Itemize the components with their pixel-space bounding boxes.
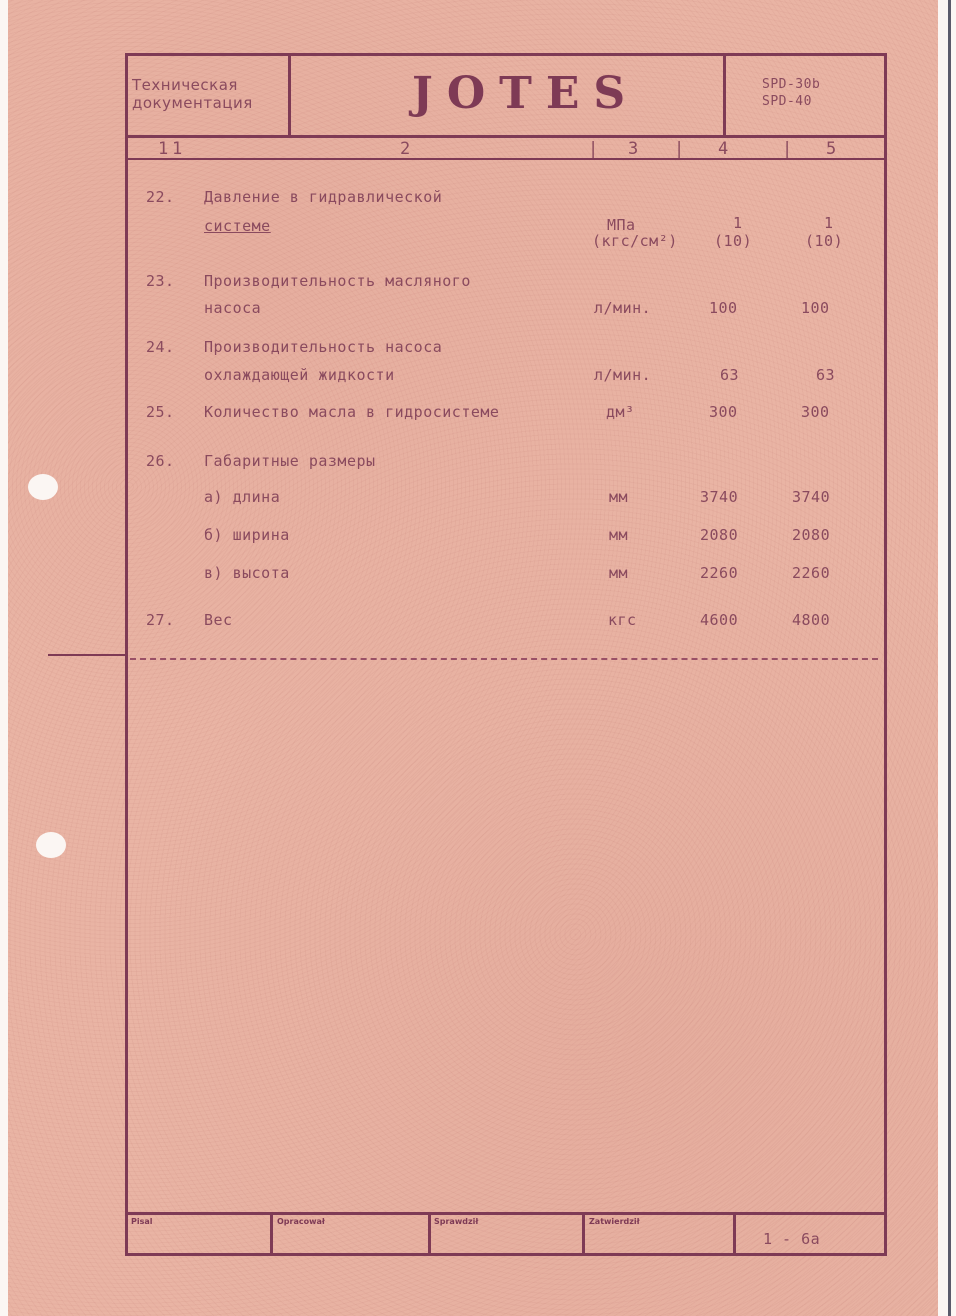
row-label: Количество масла в гидросистеме (204, 403, 499, 421)
row-unit: л/мин. (594, 299, 651, 317)
row-label: Производительность масляного (204, 272, 471, 290)
row-number: 26. (146, 452, 175, 470)
row-value-col4: 2080 (700, 526, 738, 544)
row-unit: мм (609, 526, 628, 544)
footer-divider-2 (428, 1212, 431, 1256)
footer-divider-3 (582, 1212, 585, 1256)
column-number-1: 1 (158, 139, 169, 159)
punch-hole-top (28, 474, 58, 500)
row-value-col5: 100 (801, 299, 830, 317)
dashed-divider (130, 658, 878, 660)
column-separator: | (674, 139, 685, 159)
row-value-col4: 3740 (700, 488, 738, 506)
row-label: Давление в гидравлической (204, 188, 442, 206)
page-margin-strip (938, 0, 944, 1316)
row-number: 22. (146, 188, 175, 206)
row-label: Вес (204, 611, 233, 629)
row-number: 24. (146, 338, 175, 356)
frame-right (884, 53, 887, 1256)
row-label-cont: охлаждающей жидкости (204, 366, 395, 384)
footer-label-zatwierdzil: Zatwierdził (589, 1217, 640, 1226)
column-number-rule (125, 158, 887, 160)
footer-label-sprawdzil: Sprawdził (434, 1217, 478, 1226)
doc-type-label: Техническая документация (132, 76, 253, 112)
column-number-4: 4 (718, 139, 729, 159)
footer-divider-1 (270, 1212, 273, 1256)
footer-label-opracowal: Opracował (277, 1217, 325, 1226)
row-value-col4: 2260 (700, 564, 738, 582)
row-value-col4: 4600 (700, 611, 738, 629)
row-number: 25. (146, 403, 175, 421)
row-label-cont: насоса (204, 299, 261, 317)
row-label: б) ширина (204, 526, 290, 544)
fold-mark (48, 654, 126, 656)
column-number-3: 3 (628, 139, 639, 159)
column-separator: | (588, 139, 599, 159)
brand-logo: JOTES (412, 68, 639, 119)
header-divider-2 (723, 53, 726, 137)
row-value-col5: 63 (816, 366, 835, 384)
model-spd-30b: SPD-30b (762, 76, 820, 93)
header-divider-1 (288, 53, 291, 137)
footer-top-rule (125, 1212, 887, 1215)
row-value-col5: 4800 (792, 611, 830, 629)
column-separator: | (782, 139, 793, 159)
row-value-col4: 1 (733, 214, 743, 232)
row-value-col5: 3740 (792, 488, 830, 506)
row-value-col5: 2080 (792, 526, 830, 544)
row-label: Габаритные размеры (204, 452, 376, 470)
footer-divider-4 (733, 1212, 736, 1256)
column-number-1b: 1 (172, 139, 183, 159)
row-number: 23. (146, 272, 175, 290)
row-unit-alt: (кгс/см²) (592, 232, 678, 250)
row-value-col4-alt: (10) (714, 232, 752, 250)
row-unit: л/мин. (594, 366, 651, 384)
row-value-col4: 63 (720, 366, 739, 384)
row-unit: кгс (608, 611, 637, 629)
row-value-col5: 1 (824, 214, 834, 232)
row-unit: мм (609, 488, 628, 506)
row-label: Производительность насоса (204, 338, 442, 356)
row-unit: мм (609, 564, 628, 582)
column-number-5: 5 (826, 139, 837, 159)
row-value-col4: 100 (709, 299, 738, 317)
row-label: в) высота (204, 564, 290, 582)
doc-type-line-2: документация (132, 94, 253, 112)
model-spd-40: SPD-40 (762, 93, 820, 110)
column-number-2: 2 (400, 139, 411, 159)
footer-label-pisal: Pisal (131, 1217, 153, 1226)
page-number: 1 - 6a (763, 1230, 820, 1248)
row-value-col5-alt: (10) (805, 232, 843, 250)
frame-bottom (125, 1253, 887, 1256)
row-value-col5: 2260 (792, 564, 830, 582)
header-bottom-rule (125, 135, 887, 138)
doc-type-line-1: Техническая (132, 76, 253, 94)
frame-top (125, 53, 887, 56)
row-value-col5: 300 (801, 403, 830, 421)
row-unit: дм³ (606, 403, 635, 421)
row-label: а) длина (204, 488, 280, 506)
punch-hole-bottom (36, 832, 66, 858)
row-label-cont: системе (204, 217, 271, 235)
scan-edge (948, 0, 951, 1316)
row-number: 27. (146, 611, 175, 629)
row-value-col4: 300 (709, 403, 738, 421)
model-list: SPD-30b SPD-40 (762, 76, 820, 110)
